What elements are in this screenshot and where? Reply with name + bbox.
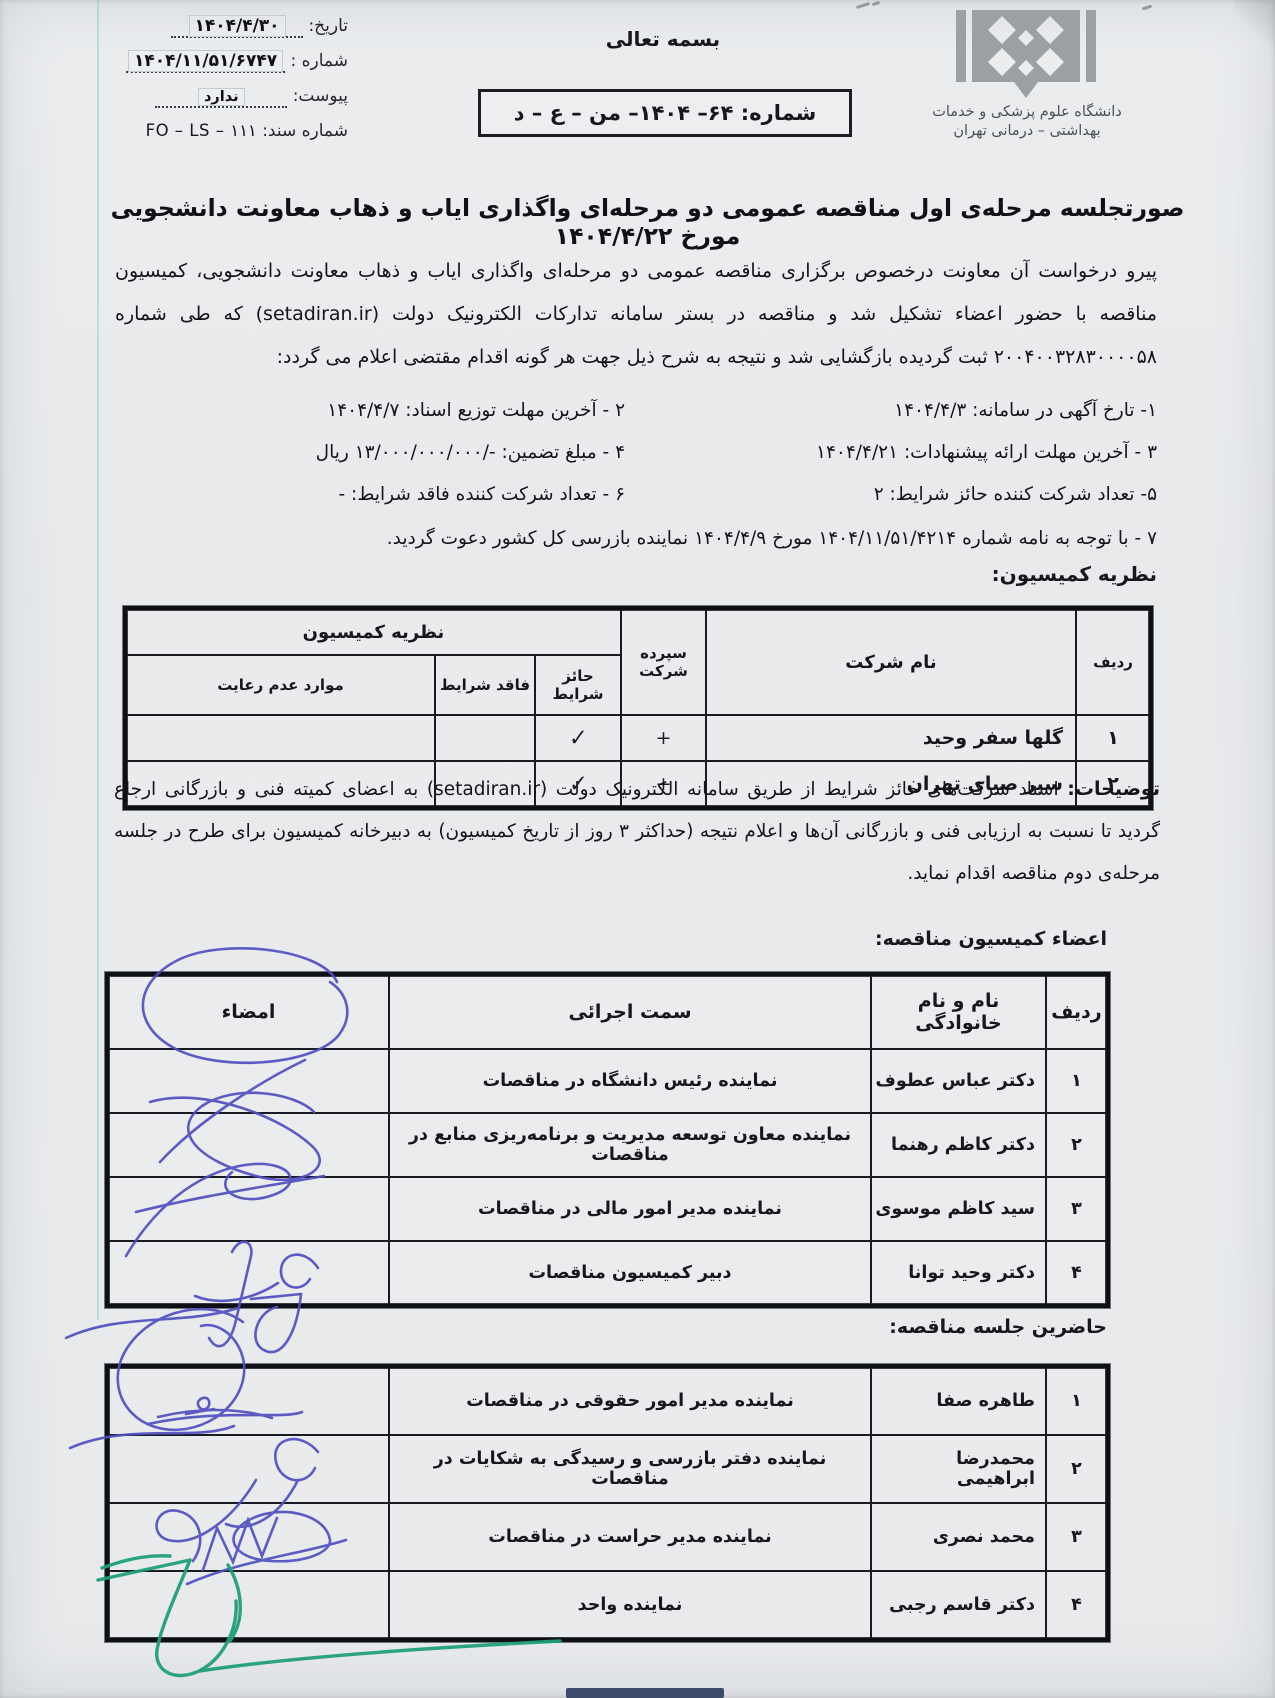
table-row: ۳ سید کاظم موسوی نماینده مدیر امور مالی … bbox=[107, 1177, 1108, 1241]
number-field: شماره : ۱۴۰۴/۱۱/۵۱/۶۷۴۷ bbox=[98, 51, 348, 73]
university-name-line1: دانشگاه علوم پزشکی و خدمات bbox=[903, 103, 1151, 122]
signature-cell bbox=[107, 1366, 389, 1435]
col-unqualified: فاقد شرایط bbox=[435, 655, 535, 715]
attachment-label: پیوست: bbox=[293, 86, 348, 106]
members-table-wrap: ردیف نام و نام خانوادگی سمت اجرائی امضاء… bbox=[105, 972, 1110, 1308]
date-field: تاریخ: ۱۴۰۴/۴/۳۰ bbox=[98, 16, 348, 38]
deposit-cell: + bbox=[621, 715, 706, 761]
table-header-row: ردیف نام شرکت سپرده شرکت نظریه کمیسیون bbox=[125, 608, 1151, 655]
university-logo bbox=[948, 8, 1104, 104]
col-qualified: حائز شرایط bbox=[535, 655, 621, 715]
signature-cell bbox=[107, 1241, 389, 1306]
list-item: ۱- تارخ آگهی در سامانه: ۱۴۰۴/۴/۳ bbox=[625, 398, 1157, 424]
doc-number-field: شماره سند: FO – LS – ۱۱۱ bbox=[98, 121, 348, 141]
date-value: ۱۴۰۴/۴/۳۰ bbox=[189, 15, 286, 37]
table-row: ۴ دکتر قاسم رجبی نماینده واحد bbox=[107, 1571, 1108, 1640]
table-row: ۳ محمد نصری نماینده مدیر حراست در مناقصا… bbox=[107, 1503, 1108, 1571]
university-name: دانشگاه علوم پزشکی و خدمات بهداشتی – درم… bbox=[903, 103, 1151, 141]
number-value: ۱۴۰۴/۱۱/۵۱/۶۷۴۷ bbox=[128, 50, 283, 72]
doc-number-label: شماره سند: bbox=[262, 121, 348, 141]
attendee-role-cell: نماینده مدیر امور حقوقی در مناقصات bbox=[389, 1366, 871, 1435]
signature-cell bbox=[107, 1049, 389, 1113]
col-company-name: نام شرکت bbox=[706, 608, 1076, 715]
qualified-cell: ✓ bbox=[535, 715, 621, 761]
col-signature: امضاء bbox=[107, 974, 389, 1049]
attendees-table-wrap: ۱ طاهره صفا نماینده مدیر امور حقوقی در م… bbox=[105, 1364, 1110, 1642]
table-row: ۱ گلها سفر وحید + ✓ bbox=[125, 715, 1151, 761]
row-number-cell: ۳ bbox=[1046, 1503, 1108, 1571]
table-row: ۱ دکتر عباس عطوف نماینده رئیس دانشگاه در… bbox=[107, 1049, 1108, 1113]
notes-label: توضیحات: bbox=[1067, 778, 1160, 800]
dotted-line: ۱۴۰۴/۴/۳۰ bbox=[171, 16, 303, 38]
company-name-cell: گلها سفر وحید bbox=[706, 715, 1076, 761]
letterhead-stamp-fields: تاریخ: ۱۴۰۴/۴/۳۰ شماره : ۱۴۰۴/۱۱/۵۱/۶۷۴۷… bbox=[98, 16, 348, 154]
intro-paragraph: پیرو درخواست آن معاونت درخصوص برگزاری من… bbox=[115, 250, 1157, 379]
member-role-cell: نماینده رئیس دانشگاه در مناقصات bbox=[389, 1049, 871, 1113]
list-item: ۵- تعداد شرکت کننده حائز شرایط: ۲ bbox=[625, 482, 1157, 508]
row-number-cell: ۲ bbox=[1046, 1113, 1108, 1177]
scanned-document-page: تاریخ: ۱۴۰۴/۴/۳۰ شماره : ۱۴۰۴/۱۱/۵۱/۶۷۴۷… bbox=[0, 0, 1275, 1698]
scan-bottom-strip bbox=[566, 1688, 724, 1698]
signature-cell bbox=[107, 1503, 389, 1571]
university-name-line2: بهداشتی – درمانی تهران bbox=[903, 122, 1151, 141]
date-label: تاریخ: bbox=[308, 16, 348, 36]
member-name-cell: دکتر کاظم رهنما bbox=[871, 1113, 1046, 1177]
reference-number-box: شماره: ۶۴– ۱۴۰۴– من – ع – د bbox=[478, 89, 852, 137]
table-row: ۲ محمدرضا ابراهیمی نماینده دفتر بازرسی و… bbox=[107, 1435, 1108, 1503]
members-heading: اعضاء کمیسیون مناقصه: bbox=[875, 928, 1107, 950]
col-executive-role: سمت اجرائی bbox=[389, 974, 871, 1049]
notes-paragraph: توضیحات: اسناد شرکت‌های حائز شرایط از طر… bbox=[114, 768, 1160, 895]
table-row: ۱ طاهره صفا نماینده مدیر امور حقوقی در م… bbox=[107, 1366, 1108, 1435]
attachment-value: ندارد bbox=[198, 88, 245, 106]
attendee-name-cell: طاهره صفا bbox=[871, 1366, 1046, 1435]
scan-corner-shade bbox=[1233, 0, 1275, 48]
attendee-name-cell: محمد نصری bbox=[871, 1503, 1046, 1571]
scan-mark bbox=[856, 2, 870, 9]
members-table: ردیف نام و نام خانوادگی سمت اجرائی امضاء… bbox=[105, 972, 1110, 1308]
signature-cell bbox=[107, 1435, 389, 1503]
col-row-number: ردیف bbox=[1046, 974, 1108, 1049]
table-row: ۲ دکتر کاظم رهنما نماینده معاون توسعه مد… bbox=[107, 1113, 1108, 1177]
row-number-cell: ۴ bbox=[1046, 1241, 1108, 1306]
member-role-cell: دبیر کمیسیون مناقصات bbox=[389, 1241, 871, 1306]
dotted-line: ۱۴۰۴/۱۱/۵۱/۶۷۴۷ bbox=[126, 51, 285, 73]
basmala-text: بسمه تعالی bbox=[588, 27, 738, 51]
attendees-table: ۱ طاهره صفا نماینده مدیر امور حقوقی در م… bbox=[105, 1364, 1110, 1642]
row-number-cell: ۲ bbox=[1046, 1435, 1108, 1503]
list-item: ۴ - مبلغ تضمین: -/۱۳/۰۰۰/۰۰۰/۰۰۰ ریال bbox=[115, 440, 625, 466]
signature-cell bbox=[107, 1177, 389, 1241]
row-number-cell: ۱ bbox=[1076, 715, 1151, 761]
col-full-name: نام و نام خانوادگی bbox=[871, 974, 1046, 1049]
tender-facts-list: ۱- تارخ آگهی در سامانه: ۱۴۰۴/۴/۳ ۲ - آخر… bbox=[115, 398, 1157, 508]
scan-mark bbox=[1142, 5, 1152, 11]
attendees-heading: حاضرین جلسه مناقصه: bbox=[889, 1316, 1107, 1338]
noncompliance-cell bbox=[125, 715, 435, 761]
attachment-field: پیوست: ندارد bbox=[98, 86, 348, 108]
row-number-cell: ۳ bbox=[1046, 1177, 1108, 1241]
table-header-row: ردیف نام و نام خانوادگی سمت اجرائی امضاء bbox=[107, 974, 1108, 1049]
document-title: صورتجلسه مرحله‌ی اول مناقصه عمومی دو مرح… bbox=[85, 194, 1210, 250]
doc-number-value: FO – LS – ۱۱۱ bbox=[146, 121, 257, 140]
signature-cell bbox=[107, 1571, 389, 1640]
notes-text: اسناد شرکت‌های حائز شرایط از طریق سامانه… bbox=[114, 779, 1160, 884]
member-role-cell: نماینده معاون توسعه مدیریت و برنامه‌ریزی… bbox=[389, 1113, 871, 1177]
scan-mark bbox=[872, 1, 881, 6]
col-group-opinion: نظریه کمیسیون bbox=[125, 608, 621, 655]
attendee-name-cell: دکتر قاسم رجبی bbox=[871, 1571, 1046, 1640]
attendee-role-cell: نماینده واحد bbox=[389, 1571, 871, 1640]
checkmark: ✓ bbox=[568, 724, 587, 751]
attendee-role-cell: نماینده دفتر بازرسی و رسیدگی به شکایات د… bbox=[389, 1435, 871, 1503]
attendee-role-cell: نماینده مدیر حراست در مناقصات bbox=[389, 1503, 871, 1571]
member-name-cell: دکتر عباس عطوف bbox=[871, 1049, 1046, 1113]
table-row: ۴ دکتر وحید توانا دبیر کمیسیون مناقصات bbox=[107, 1241, 1108, 1306]
col-noncompliance: موارد عدم رعایت bbox=[125, 655, 435, 715]
row-number-cell: ۱ bbox=[1046, 1049, 1108, 1113]
member-name-cell: سید کاظم موسوی bbox=[871, 1177, 1046, 1241]
unqualified-cell bbox=[435, 715, 535, 761]
list-item: ۲ - آخرین مهلت توزیع اسناد: ۱۴۰۴/۴/۷ bbox=[115, 398, 625, 424]
col-row-number: ردیف bbox=[1076, 608, 1151, 715]
list-item: ۳ - آخرین مهلت ارائه پیشنهادات: ۱۴۰۴/۴/۲… bbox=[625, 440, 1157, 466]
member-role-cell: نماینده مدیر امور مالی در مناقصات bbox=[389, 1177, 871, 1241]
attendee-name-cell: محمدرضا ابراهیمی bbox=[871, 1435, 1046, 1503]
row-number-cell: ۴ bbox=[1046, 1571, 1108, 1640]
row-number-cell: ۱ bbox=[1046, 1366, 1108, 1435]
dotted-line: ندارد bbox=[155, 86, 287, 108]
signature-cell bbox=[107, 1113, 389, 1177]
list-item-7: ۷ - با توجه به نامه شماره ۱۴۰۴/۱۱/۵۱/۴۲۱… bbox=[115, 528, 1157, 549]
member-name-cell: دکتر وحید توانا bbox=[871, 1241, 1046, 1306]
list-item: ۶ - تعداد شرکت کننده فاقد شرایط: - bbox=[115, 482, 625, 508]
number-label: شماره : bbox=[291, 51, 349, 71]
opinion-heading: نظریه کمیسیون: bbox=[992, 562, 1157, 586]
col-deposit: سپرده شرکت bbox=[621, 608, 706, 715]
